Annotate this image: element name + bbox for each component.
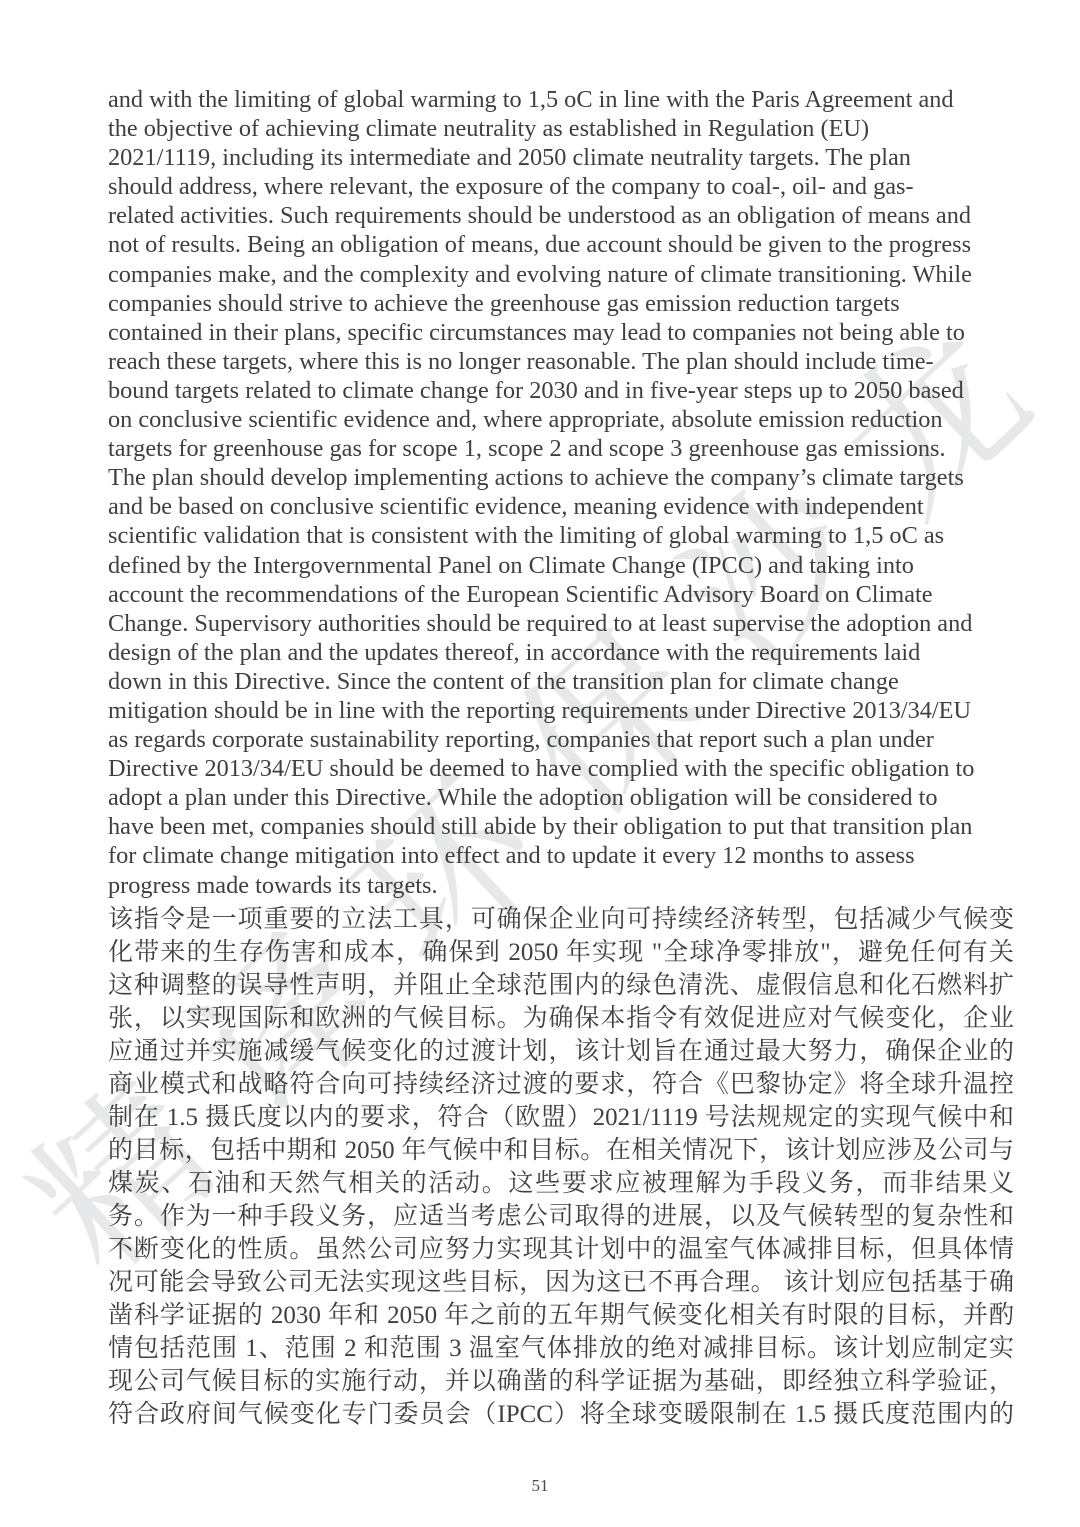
- english-text-line: and be based on conclusive scientific ev…: [108, 492, 1014, 521]
- english-text-line: as regards corporate sustainability repo…: [108, 725, 1014, 754]
- chinese-text-line: 该指令是一项重要的立法工具，可确保企业向可持续经济转型，包括减少气候变: [108, 903, 1014, 936]
- chinese-text-line: 凿科学证据的 2030 年和 2050 年之前的五年期气候变化相关有时限的目标，…: [108, 1299, 1014, 1332]
- english-text-line: adopt a plan under this Directive. While…: [108, 783, 1014, 812]
- english-text-line: for climate change mitigation into effec…: [108, 841, 1014, 870]
- chinese-text-line: 化带来的生存伤害和成本，确保到 2050 年实现 "全球净零排放"，避免任何有关: [108, 936, 1014, 969]
- english-text-line: companies make, and the complexity and e…: [108, 260, 1014, 289]
- english-text-line: bound targets related to climate change …: [108, 376, 1014, 405]
- chinese-text-line: 现公司气候目标的实施行动，并以确凿的科学证据为基础，即经独立科学验证，: [108, 1365, 1014, 1398]
- chinese-paragraph: 该指令是一项重要的立法工具，可确保企业向可持续经济转型，包括减少气候变化带来的生…: [108, 903, 1014, 1431]
- english-text-line: down in this Directive. Since the conten…: [108, 667, 1014, 696]
- english-text-line: 2021/1119, including its intermediate an…: [108, 143, 1014, 172]
- english-text-line: account the recommendations of the Europ…: [108, 580, 1014, 609]
- english-paragraph: and with the limiting of global warming …: [108, 85, 1014, 900]
- chinese-text-line: 的目标，包括中期和 2050 年气候中和目标。在相关情况下，该计划应涉及公司与: [108, 1134, 1014, 1167]
- document-page: 精译环保沙龙 and with the limiting of global w…: [0, 0, 1080, 1527]
- english-text-line: have been met, companies should still ab…: [108, 812, 1014, 841]
- chinese-text-line: 务。作为一种手段义务，应适当考虑公司取得的进展，以及气候转型的复杂性和: [108, 1200, 1014, 1233]
- chinese-text-line: 制在 1.5 摄氏度以内的要求，符合（欧盟）2021/1119 号法规规定的实现…: [108, 1101, 1014, 1134]
- chinese-text-line: 商业模式和战略符合向可持续经济过渡的要求，符合《巴黎协定》将全球升温控: [108, 1068, 1014, 1101]
- chinese-text-line: 情包括范围 1、范围 2 和范围 3 温室气体排放的绝对减排目标。该计划应制定实: [108, 1332, 1014, 1365]
- chinese-text-line: 张，以实现国际和欧洲的气候目标。为确保本指令有效促进应对气候变化，企业: [108, 1002, 1014, 1035]
- chinese-text-line: 符合政府间气候变化专门委员会（IPCC）将全球变暖限制在 1.5 摄氏度范围内的: [108, 1398, 1014, 1431]
- english-text-line: mitigation should be in line with the re…: [108, 696, 1014, 725]
- english-text-line: scientific validation that is consistent…: [108, 521, 1014, 550]
- chinese-text-line: 煤炭、石油和天然气相关的活动。这些要求应被理解为手段义务，而非结果义: [108, 1167, 1014, 1200]
- english-text-line: Directive 2013/34/EU should be deemed to…: [108, 754, 1014, 783]
- chinese-text-line: 应通过并实施减缓气候变化的过渡计划，该计划旨在通过最大努力，确保企业的: [108, 1035, 1014, 1068]
- english-text-line: design of the plan and the updates there…: [108, 638, 1014, 667]
- chinese-text-line: 不断变化的性质。虽然公司应努力实现其计划中的温室气体减排目标，但具体情: [108, 1233, 1014, 1266]
- english-text-line: related activities. Such requirements sh…: [108, 201, 1014, 230]
- chinese-text-line: 况可能会导致公司无法实现这些目标，因为这已不再合理。 该计划应包括基于确: [108, 1266, 1014, 1299]
- english-text-line: on conclusive scientific evidence and, w…: [108, 405, 1014, 434]
- english-text-line: reach these targets, where this is no lo…: [108, 347, 1014, 376]
- english-text-line: should address, where relevant, the expo…: [108, 172, 1014, 201]
- english-text-line: the objective of achieving climate neutr…: [108, 114, 1014, 143]
- english-text-line: Change. Supervisory authorities should b…: [108, 609, 1014, 638]
- english-text-line: targets for greenhouse gas for scope 1, …: [108, 434, 1014, 463]
- english-text-line: not of results. Being an obligation of m…: [108, 230, 1014, 259]
- english-text-line: The plan should develop implementing act…: [108, 463, 1014, 492]
- page-content: and with the limiting of global warming …: [108, 85, 1014, 1431]
- page-number: 51: [0, 1476, 1080, 1496]
- english-text-line: and with the limiting of global warming …: [108, 85, 1014, 114]
- english-text-line: defined by the Intergovernmental Panel o…: [108, 551, 1014, 580]
- english-text-line: contained in their plans, specific circu…: [108, 318, 1014, 347]
- english-text-line: progress made towards its targets.: [108, 871, 1014, 900]
- chinese-text-line: 这种调整的误导性声明，并阻止全球范围内的绿色清洗、虚假信息和化石燃料扩: [108, 969, 1014, 1002]
- english-text-line: companies should strive to achieve the g…: [108, 289, 1014, 318]
